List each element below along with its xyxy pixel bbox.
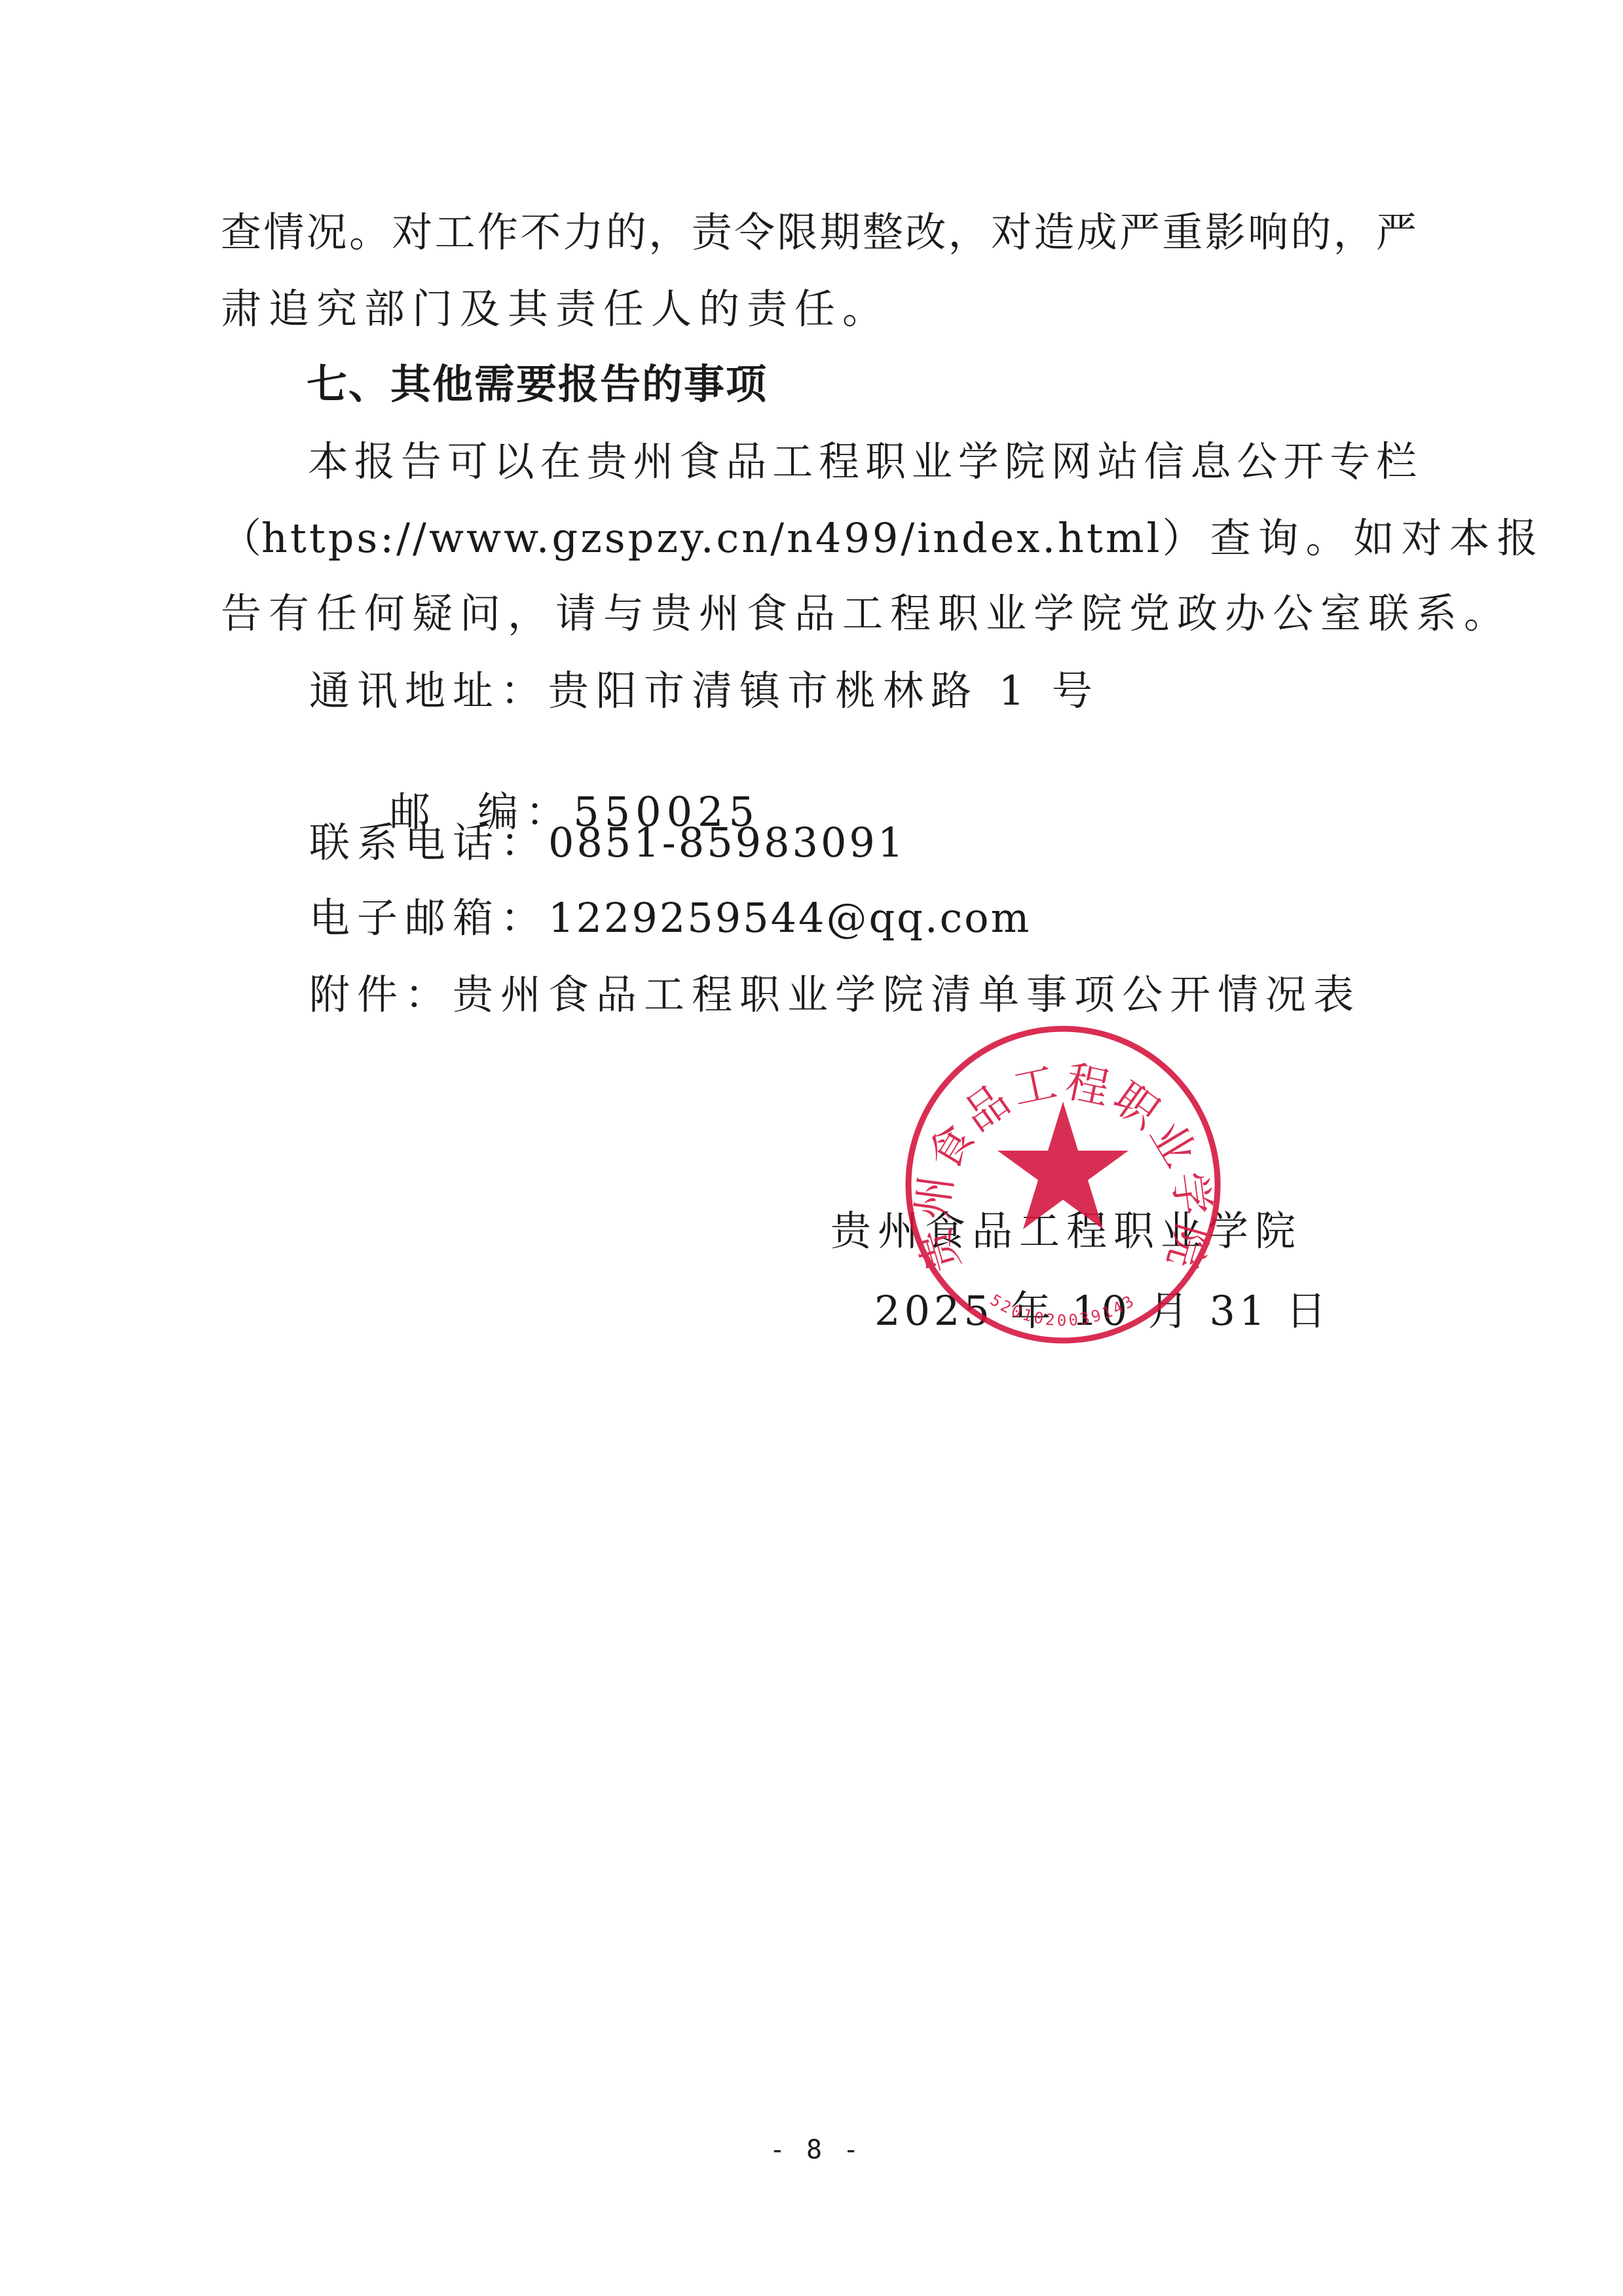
signature-date: 2025 年 10 月 31 日 bbox=[874, 1288, 1330, 1334]
website-link[interactable]: https://www.gzspzy.cn/n499/index.html bbox=[261, 515, 1163, 561]
contact-phone: 联系电话：0851-85983091 bbox=[309, 820, 906, 866]
body-line: 查情况。对工作不力的，责令限期整改，对造成严重影响的，严 bbox=[221, 210, 1417, 255]
section-heading: 七、其他需要报告的事项 bbox=[307, 361, 768, 407]
email-value[interactable]: 1229259544@qq.com bbox=[548, 894, 1031, 942]
body-line: 告有任何疑问，请与贵州食品工程职业学院党政办公室联系。 bbox=[221, 591, 1512, 637]
signature-organization: 贵州食品工程职业学院 bbox=[830, 1208, 1302, 1254]
contact-email: 电子邮箱：1229259544@qq.com bbox=[309, 895, 1031, 941]
attachment-title: 贵州食品工程职业学院清单事项公开情况表 bbox=[453, 971, 1361, 1018]
contact-address: 通讯地址：贵阳市清镇市桃林路 1 号 bbox=[309, 668, 1100, 714]
document-page: 查情况。对工作不力的，责令限期整改，对造成严重影响的，严 肃追究部门及其责任人的… bbox=[0, 0, 1623, 2296]
phone-value: 0851-85983091 bbox=[548, 819, 906, 866]
attachment-label: 附件： bbox=[309, 971, 453, 1018]
page-number: - 8 - bbox=[750, 2134, 881, 2166]
address-label: 通讯地址： bbox=[309, 667, 548, 714]
address-value: 贵阳市清镇市桃林路 1 号 bbox=[548, 667, 1100, 714]
body-line: 本报告可以在贵州食品工程职业学院网站信息公开专栏 bbox=[308, 439, 1417, 485]
paren-open: （ bbox=[221, 515, 261, 561]
contact-postcode: 邮 编：550025 bbox=[309, 743, 760, 789]
attachment-line: 附件：贵州食品工程职业学院清单事项公开情况表 bbox=[309, 972, 1361, 1018]
body-line: 肃追究部门及其责任人的责任。 bbox=[221, 286, 890, 332]
email-label: 电子邮箱： bbox=[309, 894, 548, 942]
body-line-url: （ https://www.gzspzy.cn/n499/index.html … bbox=[221, 515, 1417, 561]
phone-label: 联系电话： bbox=[309, 819, 548, 866]
paren-close-text: ）查询。如对本报 bbox=[1163, 515, 1545, 561]
